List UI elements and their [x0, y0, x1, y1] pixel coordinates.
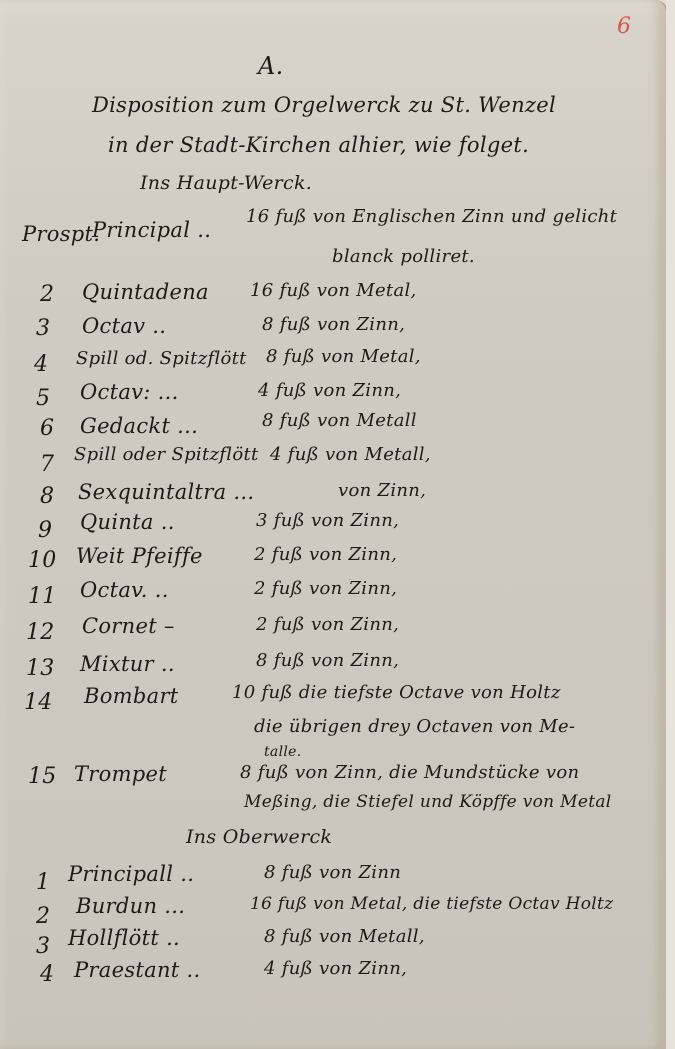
stop-number: 10 [28, 548, 57, 573]
stop-spec: 8 fuß von Zinn, [262, 314, 405, 335]
stop-name: Burdun ... [76, 894, 185, 918]
stop-spec-cont: die übrigen drey Octaven von Me- [254, 716, 575, 737]
stop-name: Weit Pfeiffe [76, 544, 203, 568]
stop-number: 7 [40, 452, 54, 477]
stop-number: 5 [36, 386, 50, 411]
page-edge [666, 0, 675, 1049]
stop-name: Octav. .. [80, 578, 169, 602]
stop-name: Principal .. [92, 218, 211, 242]
heading-letter: A. [258, 52, 284, 80]
stop-name: Spill oder Spitzflött [74, 444, 259, 465]
stop-name: Hollflött .. [68, 926, 180, 950]
stop-number: 9 [38, 518, 52, 543]
stop-name: Spill od. Spitzflött [76, 348, 247, 369]
stop-spec: 4 fuß von Zinn, [258, 380, 401, 401]
section-title-hauptwerk: Ins Haupt-Werck. [140, 172, 312, 194]
stop-number: 2 [40, 282, 54, 307]
stop-number: Prospt. [22, 222, 100, 246]
title-line-2: in der Stadt-Kirchen alhier, wie folget. [108, 133, 529, 157]
stop-spec: 8 fuß von Zinn [264, 862, 401, 883]
stop-spec: 16 fuß von Metal, [250, 280, 417, 301]
stop-name: Gedackt ... [80, 414, 198, 438]
stop-number: 4 [34, 352, 48, 377]
stop-number: 4 [40, 962, 54, 987]
stop-name: Principall .. [68, 862, 194, 886]
stop-name: Trompet [74, 762, 167, 786]
stop-number: 13 [26, 656, 55, 681]
stop-name: Quinta .. [80, 510, 175, 534]
stop-spec: 2 fuß von Zinn, [254, 544, 397, 565]
stop-number: 3 [36, 316, 50, 341]
stop-number: 2 [36, 904, 50, 929]
stop-spec: 4 fuß von Zinn, [264, 958, 407, 979]
stop-spec: von Zinn, [338, 480, 426, 501]
folio-number: 6 [617, 14, 631, 39]
stop-spec: 3 fuß von Zinn, [256, 510, 399, 531]
stop-spec: 10 fuß die tiefste Octave von Holtz [232, 682, 561, 703]
stop-name: Cornet – [82, 614, 175, 638]
stop-number: 11 [28, 584, 57, 609]
stop-number: 6 [40, 416, 54, 441]
stop-number: 8 [40, 484, 54, 509]
stop-number: 14 [24, 690, 53, 715]
stop-name: Bombart [84, 684, 179, 708]
stop-spec: 8 fuß von Metal, [266, 346, 421, 367]
stop-spec: 8 fuß von Zinn, die Mundstücke von [240, 762, 579, 783]
stop-name: Quintadena [82, 280, 209, 304]
stop-spec-cont: blanck polliret. [332, 246, 475, 267]
stop-spec: 8 fuß von Metall, [264, 926, 425, 947]
stop-spec: 4 fuß von Metall, [270, 444, 431, 465]
stop-spec: 8 fuß von Metall [262, 410, 417, 431]
stop-spec: 2 fuß von Zinn, [256, 614, 399, 635]
stop-spec: 2 fuß von Zinn, [254, 578, 397, 599]
stop-name: Sexquintaltra ... [78, 480, 254, 504]
stop-name: Octav: ... [80, 380, 179, 404]
title-line-1: Disposition zum Orgelwerck zu St. Wenzel [92, 93, 556, 117]
stop-spec: 8 fuß von Zinn, [256, 650, 399, 671]
stop-spec-cont: Meßing, die Stiefel und Köpffe von Metal [244, 792, 612, 812]
stop-spec: 16 fuß von Englischen Zinn und gelicht [246, 206, 617, 227]
section-title-oberwerk: Ins Oberwerck [186, 826, 332, 848]
stop-number: 15 [28, 764, 57, 789]
stop-name: Octav .. [82, 314, 166, 338]
stop-name: Mixtur .. [80, 652, 175, 676]
stop-number: 12 [26, 620, 55, 645]
stop-spec: 16 fuß von Metal, die tiefste Octav Holt… [250, 894, 613, 914]
stop-number: 3 [36, 934, 50, 959]
stop-spec-cont: talle. [264, 744, 301, 760]
stop-name: Praestant .. [74, 958, 200, 982]
stop-number: 1 [36, 870, 50, 895]
